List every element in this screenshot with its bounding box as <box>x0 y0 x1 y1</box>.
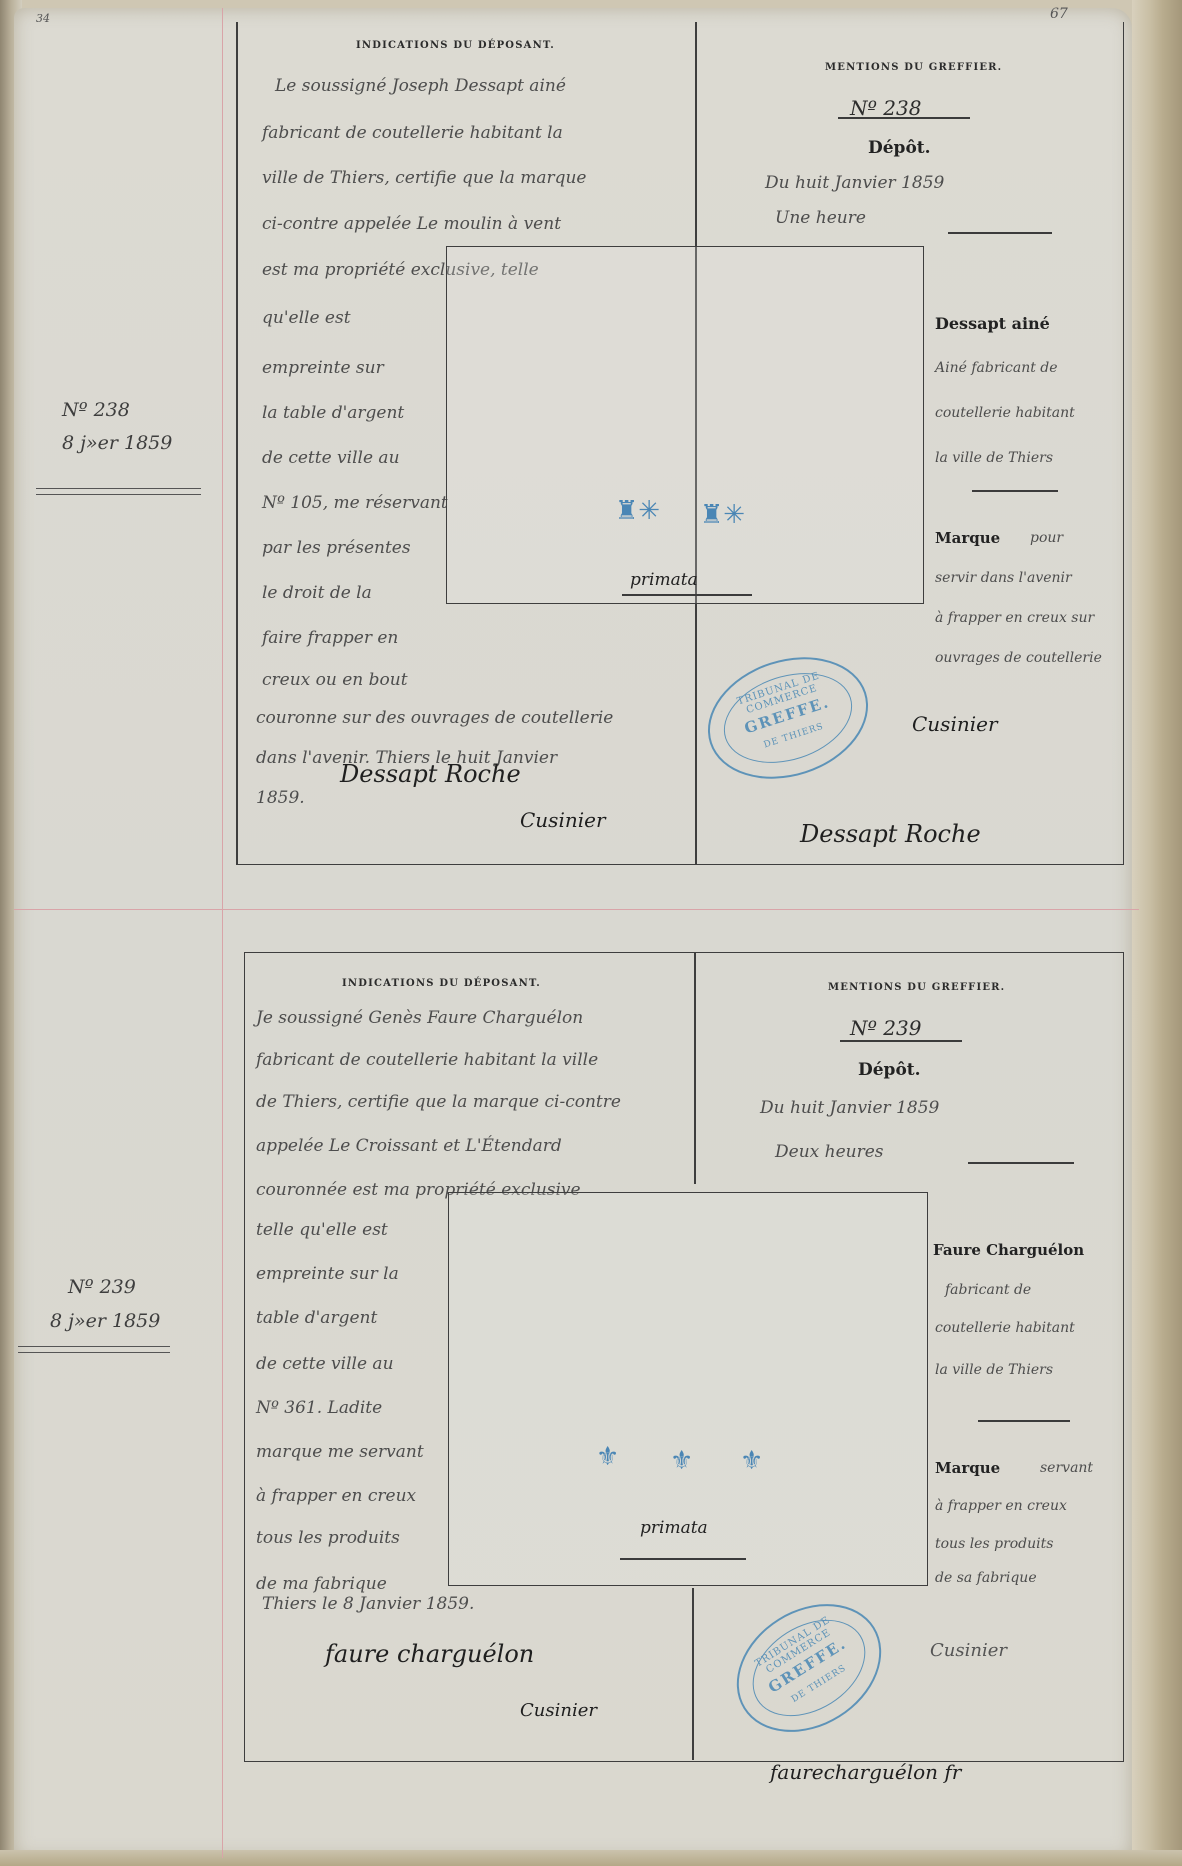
clerk-mark-detail: à frapper en creux sur <box>935 600 1094 636</box>
depositor-line: la table d'argent <box>262 395 404 431</box>
clerk-rule <box>948 232 1052 234</box>
clerk-depositor-detail: coutellerie habitant <box>935 1310 1075 1346</box>
depositor-line: ville de Thiers, certifie que la marque <box>262 160 587 196</box>
clerk-mark-heading: Marque <box>935 1450 1000 1486</box>
windmill-mark-icon: ♜✳ <box>615 498 660 524</box>
clerk-heading: MENTIONS DU GREFFIER. <box>828 982 1005 993</box>
column-divider <box>694 952 696 1184</box>
margin-double-rule <box>18 1346 170 1353</box>
clerk-mark-detail: servir dans l'avenir <box>935 560 1072 596</box>
depositor-signature: Dessapt Roche <box>340 760 521 788</box>
depositor-line: appelée Le Croissant et L'Étendard <box>256 1128 562 1164</box>
clerk-signature: Cusinier <box>912 712 998 736</box>
depositor-line: faire frapper en <box>262 620 398 656</box>
depositor-line: par les présentes <box>262 530 411 566</box>
depositor-line: le droit de la <box>262 575 372 611</box>
depositor-line: Nº 361. Ladite <box>256 1390 382 1426</box>
crowned-fleur-mark-icon: ⚜ <box>670 1448 693 1474</box>
column-divider <box>692 1588 694 1760</box>
depositor-line: couronne sur des ouvrages de coutellerie <box>256 700 613 736</box>
book-bottom-edge <box>0 1850 1182 1866</box>
clerk-number-underline <box>840 1040 962 1042</box>
depositor-line: ci-contre appelée Le moulin à vent <box>262 206 561 242</box>
deposit-title: Dépôt. <box>868 130 931 166</box>
deposit-title: Dépôt. <box>858 1052 921 1088</box>
clerk-depositor-detail: fabricant de <box>945 1272 1031 1308</box>
depositor-line: empreinte sur la <box>256 1256 399 1292</box>
frame-left-rule <box>236 22 238 864</box>
clerk-mark-detail: tous les produits <box>935 1526 1053 1562</box>
depositor-signature: Dessapt Roche <box>800 820 981 848</box>
depositor-line: de cette ville au <box>262 440 400 476</box>
clerk-mark-detail: pour <box>1030 520 1063 556</box>
depositor-line: à frapper en creux <box>256 1478 416 1514</box>
margin-double-rule <box>36 488 201 495</box>
clerk-rule <box>968 1162 1074 1164</box>
clerk-mark-heading: Marque <box>935 520 1000 556</box>
crowned-fleur-mark-icon: ⚜ <box>596 1444 619 1470</box>
margin-rule-vertical <box>222 8 223 1858</box>
clerk-mark-detail: servant <box>1040 1450 1093 1486</box>
clerk-depositor-detail: la ville de Thiers <box>935 440 1053 476</box>
deposit-date: Du huit Janvier 1859 <box>765 165 944 201</box>
margin-entry-date: 8 j»er 1859 <box>50 1306 160 1336</box>
clerk-number-underline <box>838 117 970 119</box>
depositor-line: de Thiers, certifie que la marque ci-con… <box>256 1084 621 1120</box>
entry-separator-rule <box>14 909 1139 910</box>
depositor-line: Je soussigné Genès Faure Charguélon <box>256 1000 583 1036</box>
crowned-fleur-mark-icon: ⚜ <box>740 1448 763 1474</box>
depositor-line: table d'argent <box>256 1300 377 1336</box>
clerk-depositor-detail: la ville de Thiers <box>935 1352 1053 1388</box>
depositor-line: telle qu'elle est <box>256 1212 388 1248</box>
depositor-signature: faurecharguélon fr <box>770 1760 961 1784</box>
trademark-impression-box <box>446 246 924 604</box>
margin-entry-number: Nº 238 <box>62 395 130 425</box>
depositor-heading: INDICATIONS DU DÉPOSANT. <box>356 40 555 51</box>
mark-name: primata <box>630 570 698 590</box>
clerk-heading: MENTIONS DU GREFFIER. <box>825 62 1002 73</box>
depositor-line: Le soussigné Joseph Dessapt ainé <box>275 68 566 104</box>
clerk-depositor-name: Faure Charguélon <box>933 1232 1084 1268</box>
depositor-line: 1859. <box>256 780 305 816</box>
mark-name-underline <box>622 594 752 596</box>
clerk-entry-number: Nº 238 <box>850 90 921 126</box>
clerk-signature: Cusinier <box>520 808 606 832</box>
clerk-mark-detail: ouvrages de coutellerie <box>935 640 1102 676</box>
deposit-time: Deux heures <box>775 1134 884 1170</box>
clerk-signature: Cusinier <box>520 1700 597 1721</box>
depositor-line: Nº 105, me réservant <box>262 485 448 521</box>
clerk-rule <box>978 1420 1070 1422</box>
depositor-line: creux ou en bout <box>262 662 408 698</box>
depositor-line: fabricant de coutellerie habitant la <box>262 115 563 151</box>
depositor-signature: faure charguélon <box>325 1640 534 1668</box>
windmill-mark-icon: ♜✳ <box>700 502 745 528</box>
depositor-line: tous les produits <box>256 1520 400 1556</box>
clerk-rule <box>972 490 1058 492</box>
clerk-depositor-name: Dessapt ainé <box>935 306 1050 342</box>
depositor-line: marque me servant <box>256 1434 424 1470</box>
folio-number: 67 <box>1050 6 1068 22</box>
clerk-signature: Cusinier <box>930 1640 1007 1661</box>
depositor-line: de cette ville au <box>256 1346 394 1382</box>
mark-name: primata <box>640 1518 708 1538</box>
depositor-line: empreinte sur <box>262 350 384 386</box>
mark-name-underline <box>620 1558 746 1560</box>
clerk-mark-detail: à frapper en creux <box>935 1488 1067 1524</box>
depositor-heading: INDICATIONS DU DÉPOSANT. <box>342 978 541 989</box>
corner-mark: 34 <box>36 12 50 25</box>
margin-entry-number: Nº 239 <box>68 1272 136 1302</box>
clerk-depositor-detail: Ainé fabricant de <box>935 350 1058 386</box>
depositor-line: Thiers le 8 Janvier 1859. <box>262 1586 474 1622</box>
clerk-depositor-detail: coutellerie habitant <box>935 395 1075 431</box>
book-page-edges <box>1132 0 1182 1866</box>
clerk-mark-detail: de sa fabrique <box>935 1560 1037 1596</box>
margin-entry-date: 8 j»er 1859 <box>62 428 172 458</box>
deposit-time: Une heure <box>775 200 866 236</box>
depositor-line: fabricant de coutellerie habitant la vil… <box>256 1042 598 1078</box>
depositor-line: qu'elle est <box>262 300 351 336</box>
deposit-date: Du huit Janvier 1859 <box>760 1090 939 1126</box>
